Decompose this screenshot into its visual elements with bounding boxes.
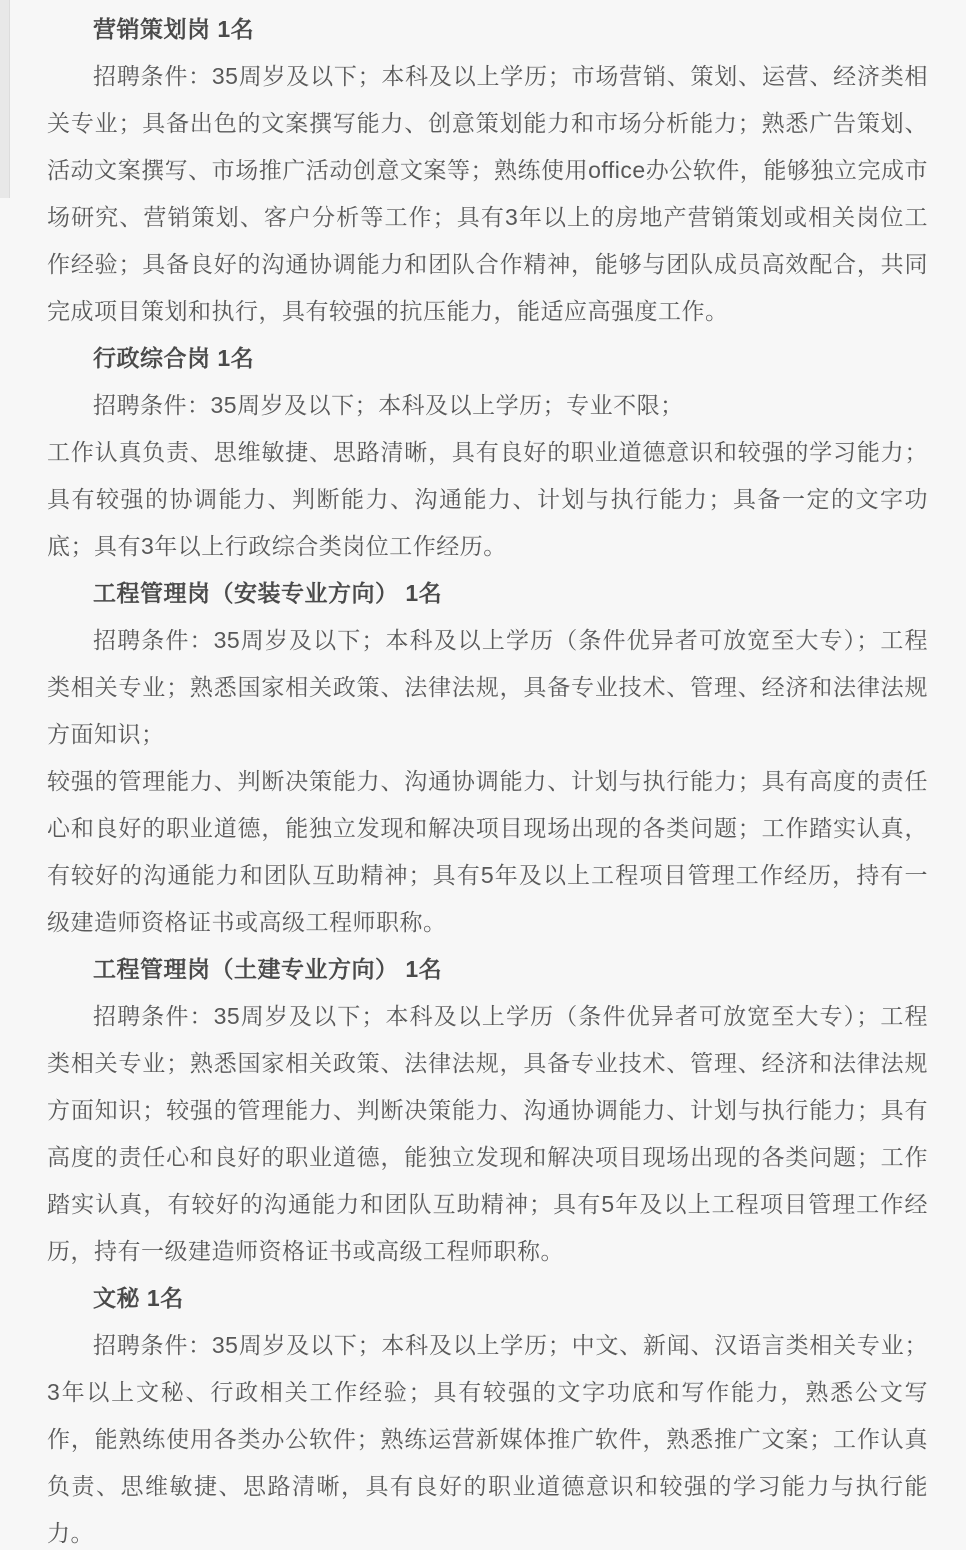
job-title: 营销策划岗 1名 [47, 6, 928, 53]
job-section: 营销策划岗 1名招聘条件：35周岁及以下；本科及以上学历；市场营销、策划、运营、… [47, 6, 928, 335]
job-title: 行政综合岗 1名 [47, 335, 928, 382]
job-section: 行政综合岗 1名招聘条件：35周岁及以下；本科及以上学历；专业不限；工作认真负责… [47, 335, 928, 570]
job-title: 工程管理岗（土建专业方向） 1名 [47, 946, 928, 993]
job-requirements-paragraph: 较强的管理能力、判断决策能力、沟通协调能力、计划与执行能力；具有高度的责任心和良… [47, 758, 928, 946]
job-section: 文秘 1名招聘条件：35周岁及以下；本科及以上学历；中文、新闻、汉语言类相关专业… [47, 1275, 928, 1550]
job-requirements-paragraph: 招聘条件：35周岁及以下；本科及以上学历（条件优异者可放宽至大专）；工程类相关专… [47, 993, 928, 1275]
document-page: 营销策划岗 1名招聘条件：35周岁及以下；本科及以上学历；市场营销、策划、运营、… [0, 0, 966, 1550]
job-requirements-paragraph: 招聘条件：35周岁及以下；本科及以上学历（条件优异者可放宽至大专）；工程类相关专… [47, 617, 928, 758]
job-section: 工程管理岗（土建专业方向） 1名招聘条件：35周岁及以下；本科及以上学历（条件优… [47, 946, 928, 1275]
job-title: 文秘 1名 [47, 1275, 928, 1322]
job-requirements-paragraph: 招聘条件：35周岁及以下；本科及以上学历；中文、新闻、汉语言类相关专业；3年以上… [47, 1322, 928, 1550]
job-requirements-paragraph: 招聘条件：35周岁及以下；本科及以上学历；专业不限； [47, 382, 928, 429]
job-section: 工程管理岗（安装专业方向） 1名招聘条件：35周岁及以下；本科及以上学历（条件优… [47, 570, 928, 946]
job-requirements-paragraph: 招聘条件：35周岁及以下；本科及以上学历；市场营销、策划、运营、经济类相关专业；… [47, 53, 928, 335]
left-scrollbar-strip [0, 0, 10, 198]
job-listing-content: 营销策划岗 1名招聘条件：35周岁及以下；本科及以上学历；市场营销、策划、运营、… [0, 0, 966, 1550]
job-title: 工程管理岗（安装专业方向） 1名 [47, 570, 928, 617]
job-requirements-paragraph: 工作认真负责、思维敏捷、思路清晰，具有良好的职业道德意识和较强的学习能力；具有较… [47, 429, 928, 570]
